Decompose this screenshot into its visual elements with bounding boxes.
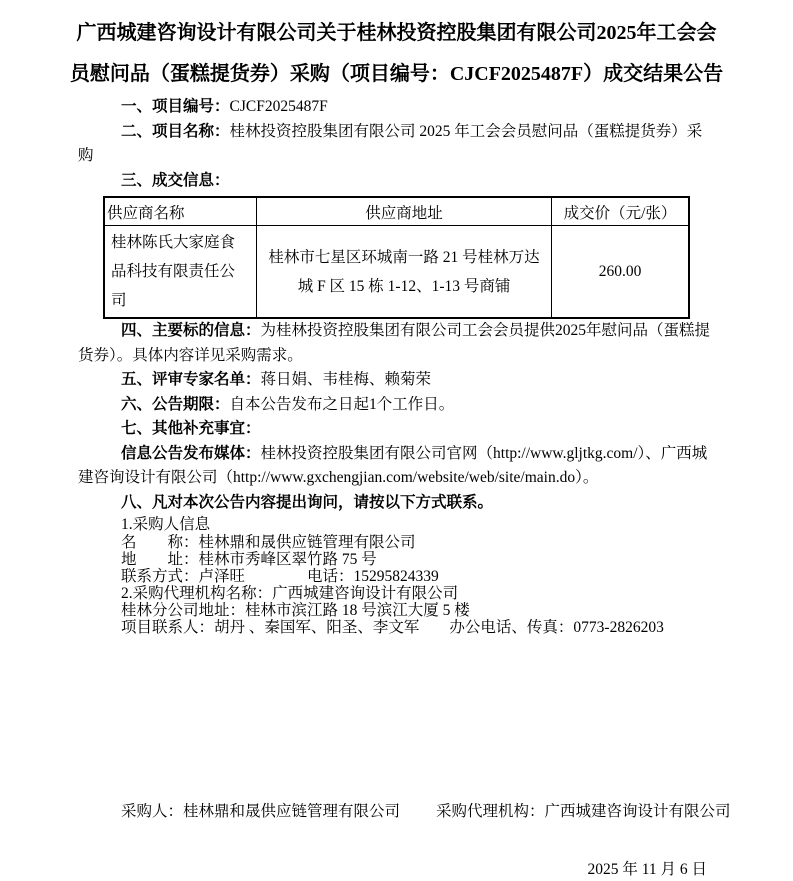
footer-agency-label: 采购代理机构： [436, 803, 545, 820]
section-deal-info-label: 三、成交信息： [121, 172, 230, 189]
agency-branch-value: 桂林市滨江路 18 号滨江大厦 5 楼 [245, 602, 470, 619]
purchaser-name-label: 名 称： [121, 534, 199, 551]
column-header-supplier-address: 供应商地址 [257, 197, 552, 226]
agency-office-phone-label: 办公电话、传真： [449, 619, 573, 636]
purchaser-name-value: 桂林鼎和晟供应链管理有限公司 [199, 534, 416, 551]
deal-info-table: 供应商名称 供应商地址 成交价（元/张） 桂林陈氏大家庭食品科技有限责任公司 桂… [103, 196, 690, 319]
section-project-name-label: 二、项目名称： [121, 123, 230, 140]
section-main-subject: 四、主要标的信息：为桂林投资控股集团有限公司工会会员提供2025年慰问品（蛋糕提… [78, 319, 713, 368]
document-date: 2025 年 11 月 6 日 [587, 857, 707, 879]
purchaser-section-title: 1.采购人信息 [78, 515, 713, 534]
purchaser-contact-value: 卢泽旺 [199, 568, 246, 585]
purchaser-address-value: 桂林市秀峰区翠竹路 75 号 [199, 551, 377, 568]
footer-agency-value: 广西城建咨询设计有限公司 [545, 803, 731, 820]
purchaser-address-line: 地 址：桂林市秀峰区翠竹路 75 号 [78, 551, 713, 568]
table-header-row: 供应商名称 供应商地址 成交价（元/张） [104, 197, 689, 226]
column-header-supplier-name: 供应商名称 [104, 197, 257, 226]
project-number-value: CJCF2025487F [230, 98, 328, 115]
agency-name-label: 2.采购代理机构名称： [121, 585, 272, 602]
section-media: 信息公告发布媒体：桂林投资控股集团有限公司官网（http://www.gljtk… [78, 442, 713, 491]
section-deal-info: 三、成交信息： [78, 169, 713, 194]
section-project-name: 二、项目名称：桂林投资控股集团有限公司 2025 年工会会员慰问品（蛋糕提货券）… [78, 120, 713, 169]
footer-agency-sign: 采购代理机构：广西城建咨询设计有限公司 [436, 803, 731, 820]
section-experts-label: 五、评审专家名单： [121, 371, 261, 388]
notice-period-value: 自本公告发布之日起1个工作日。 [230, 396, 455, 413]
document-page: 广西城建咨询设计有限公司关于桂林投资控股集团有限公司2025年工会会员慰问品（蛋… [0, 0, 793, 881]
footer-purchaser-label: 采购人： [121, 803, 183, 820]
section-media-label: 信息公告发布媒体： [121, 445, 261, 462]
section-other-matters-label: 七、其他补充事宜： [121, 420, 261, 437]
section-notice-period-label: 六、公告期限： [121, 396, 230, 413]
agency-contacts-line: 项目联系人：胡丹 、秦国军、阳圣、李文军办公电话、传真：0773-2826203 [78, 619, 713, 636]
agency-branch-line: 桂林分公司地址：桂林市滨江路 18 号滨江大厦 5 楼 [78, 602, 713, 619]
section-inquiry: 八、凡对本次公告内容提出询问，请按以下方式联系。 [78, 491, 713, 516]
section-main-subject-label: 四、主要标的信息： [121, 322, 261, 339]
agency-contacts-value: 胡丹 、秦国军、阳圣、李文军 [214, 619, 419, 636]
experts-value: 蒋日娟、韦桂梅、赖菊荣 [261, 371, 432, 388]
table-row: 桂林陈氏大家庭食品科技有限责任公司 桂林市七星区环城南一路 21 号桂林万达城 … [104, 226, 689, 319]
signature-row: 采购人：桂林鼎和晟供应链管理有限公司采购代理机构：广西城建咨询设计有限公司 [121, 799, 731, 821]
purchaser-name-line: 名 称：桂林鼎和晟供应链管理有限公司 [78, 534, 713, 551]
section-project-number: 一、项目编号：CJCF2025487F [78, 95, 713, 120]
purchaser-contact-label: 联系方式： [121, 568, 199, 585]
document-title: 广西城建咨询设计有限公司关于桂林投资控股集团有限公司2025年工会会员慰问品（蛋… [68, 0, 725, 95]
agency-branch-label: 桂林分公司地址： [121, 602, 245, 619]
purchaser-phone-value: 15295824339 [354, 568, 439, 585]
document-body: 一、项目编号：CJCF2025487F 二、项目名称：桂林投资控股集团有限公司 … [78, 95, 713, 636]
footer-purchaser-sign: 采购人：桂林鼎和晟供应链管理有限公司 [121, 803, 400, 820]
footer-purchaser-value: 桂林鼎和晟供应链管理有限公司 [183, 803, 400, 820]
agency-name-line: 2.采购代理机构名称：广西城建咨询设计有限公司 [78, 585, 713, 602]
deal-price-cell: 260.00 [552, 226, 689, 319]
supplier-address-cell: 桂林市七星区环城南一路 21 号桂林万达城 F 区 15 栋 1-12、1-13… [257, 226, 552, 319]
supplier-name-cell: 桂林陈氏大家庭食品科技有限责任公司 [104, 226, 257, 319]
purchaser-address-label: 地 址： [121, 551, 199, 568]
purchaser-contact-line: 联系方式：卢泽旺电话：15295824339 [78, 568, 713, 585]
purchaser-phone-label: 电话： [307, 568, 354, 585]
section-project-number-label: 一、项目编号： [121, 98, 230, 115]
section-other-matters: 七、其他补充事宜： [78, 417, 713, 442]
section-experts: 五、评审专家名单：蒋日娟、韦桂梅、赖菊荣 [78, 368, 713, 393]
agency-name-value: 广西城建咨询设计有限公司 [272, 585, 458, 602]
agency-contacts-label: 项目联系人： [121, 619, 214, 636]
section-inquiry-label: 八、凡对本次公告内容提出询问，请按以下方式联系。 [121, 494, 493, 511]
section-notice-period: 六、公告期限：自本公告发布之日起1个工作日。 [78, 393, 713, 418]
agency-office-phone-value: 0773-2826203 [573, 619, 663, 636]
column-header-deal-price: 成交价（元/张） [552, 197, 689, 226]
